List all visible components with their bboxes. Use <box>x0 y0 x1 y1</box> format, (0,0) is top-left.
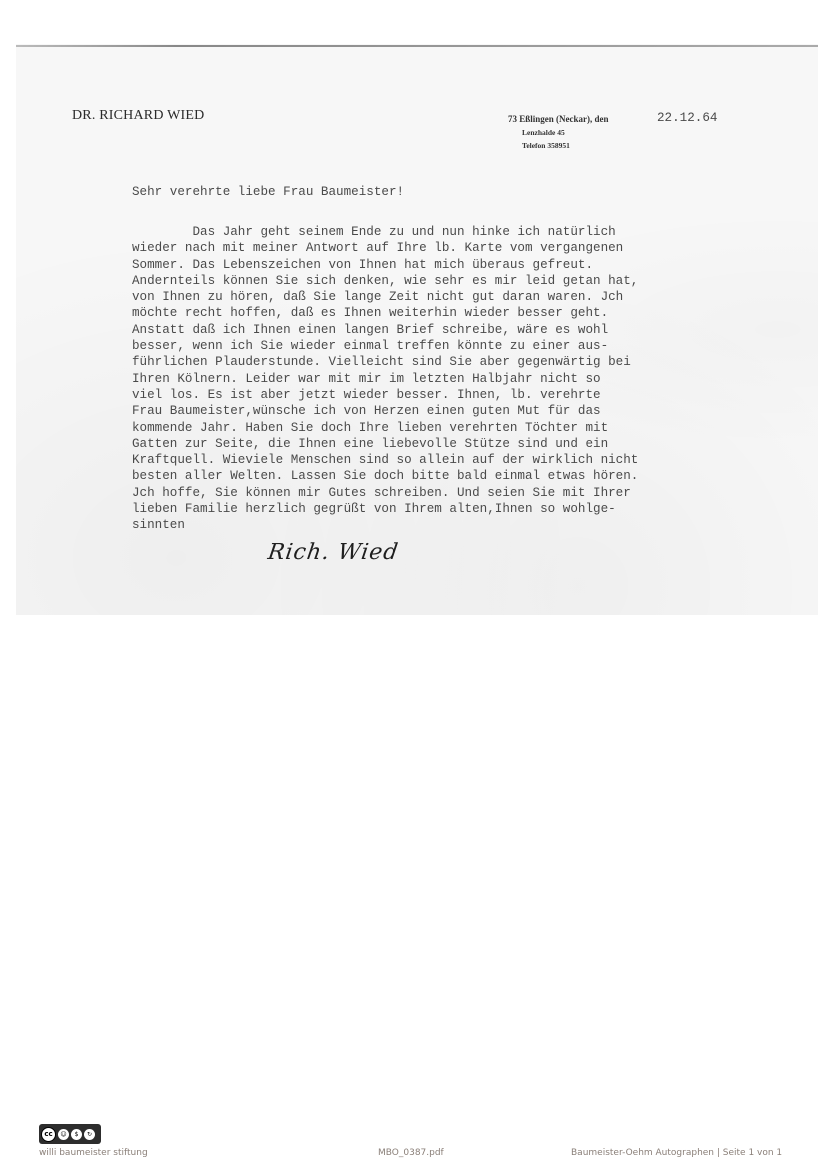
letterhead-name: DR. RICHARD WIED <box>72 108 204 124</box>
letter-date: 22.12.64 <box>657 110 717 126</box>
letter-body-line: Jch hoffe, Sie können mir Gutes schreibe… <box>132 485 638 501</box>
letter-body-line: Andernteils können Sie sich denken, wie … <box>132 273 638 289</box>
cc-license-icon: cc ☺ $ ↻ <box>39 1124 101 1144</box>
top-rule <box>16 45 818 47</box>
letter-body-line: möchte recht hoffen, daß es Ihnen weiter… <box>132 305 638 321</box>
letter-body-line: Anstatt daß ich Ihnen einen langen Brief… <box>132 322 638 338</box>
letter-body-line: Ihren Kölnern. Leider war mit mir im let… <box>132 371 638 387</box>
address-phone: Telefon 358951 <box>522 141 609 150</box>
footer-organization: willi baumeister stiftung <box>39 1148 148 1158</box>
address-city: 73 Eßlingen (Neckar), den <box>508 114 609 124</box>
letter-body-line: besser, wenn ich Sie wieder einmal treff… <box>132 338 638 354</box>
footer-filename: MBO_0387.pdf <box>378 1148 444 1158</box>
letter-body-line: viel los. Es ist aber jetzt wieder besse… <box>132 387 638 403</box>
letter-body-line: Gatten zur Seite, die Ihnen eine liebevo… <box>132 436 638 452</box>
sender-address: 73 Eßlingen (Neckar), den Lenzhalde 45 T… <box>508 114 609 150</box>
nc-icon: $ <box>71 1129 82 1140</box>
letter-body-line: sinnten <box>132 517 638 533</box>
scanned-letter: DR. RICHARD WIED 73 Eßlingen (Neckar), d… <box>16 44 818 615</box>
signature: Rich. Wied <box>266 540 400 565</box>
letter-body-line: Das Jahr geht seinem Ende zu und nun hin… <box>132 224 638 240</box>
by-icon: ☺ <box>58 1129 69 1140</box>
letter-body-line: Kraftquell. Wieviele Menschen sind so al… <box>132 452 638 468</box>
letter-body: Das Jahr geht seinem Ende zu und nun hin… <box>132 224 638 534</box>
address-street: Lenzhalde 45 <box>522 128 609 137</box>
letter-body-line: führlichen Plauderstunde. Vielleicht sin… <box>132 354 638 370</box>
letter-body-line: Sommer. Das Lebenszeichen von Ihnen hat … <box>132 257 638 273</box>
cc-icon: cc <box>41 1127 56 1142</box>
letter-body-line: von Ihnen zu hören, daß Sie lange Zeit n… <box>132 289 638 305</box>
letter-body-line: wieder nach mit meiner Antwort auf Ihre … <box>132 240 638 256</box>
letter-body-line: besten aller Welten. Lassen Sie doch bit… <box>132 468 638 484</box>
sa-icon: ↻ <box>84 1129 95 1140</box>
letter-body-line: Frau Baumeister,wünsche ich von Herzen e… <box>132 403 638 419</box>
letter-body-line: lieben Familie herzlich gegrüßt von Ihre… <box>132 501 638 517</box>
salutation: Sehr verehrte liebe Frau Baumeister! <box>132 184 404 200</box>
letter-body-line: kommende Jahr. Haben Sie doch Ihre liebe… <box>132 420 638 436</box>
footer-collection-page: Baumeister-Oehm Autographen | Seite 1 vo… <box>571 1148 782 1158</box>
